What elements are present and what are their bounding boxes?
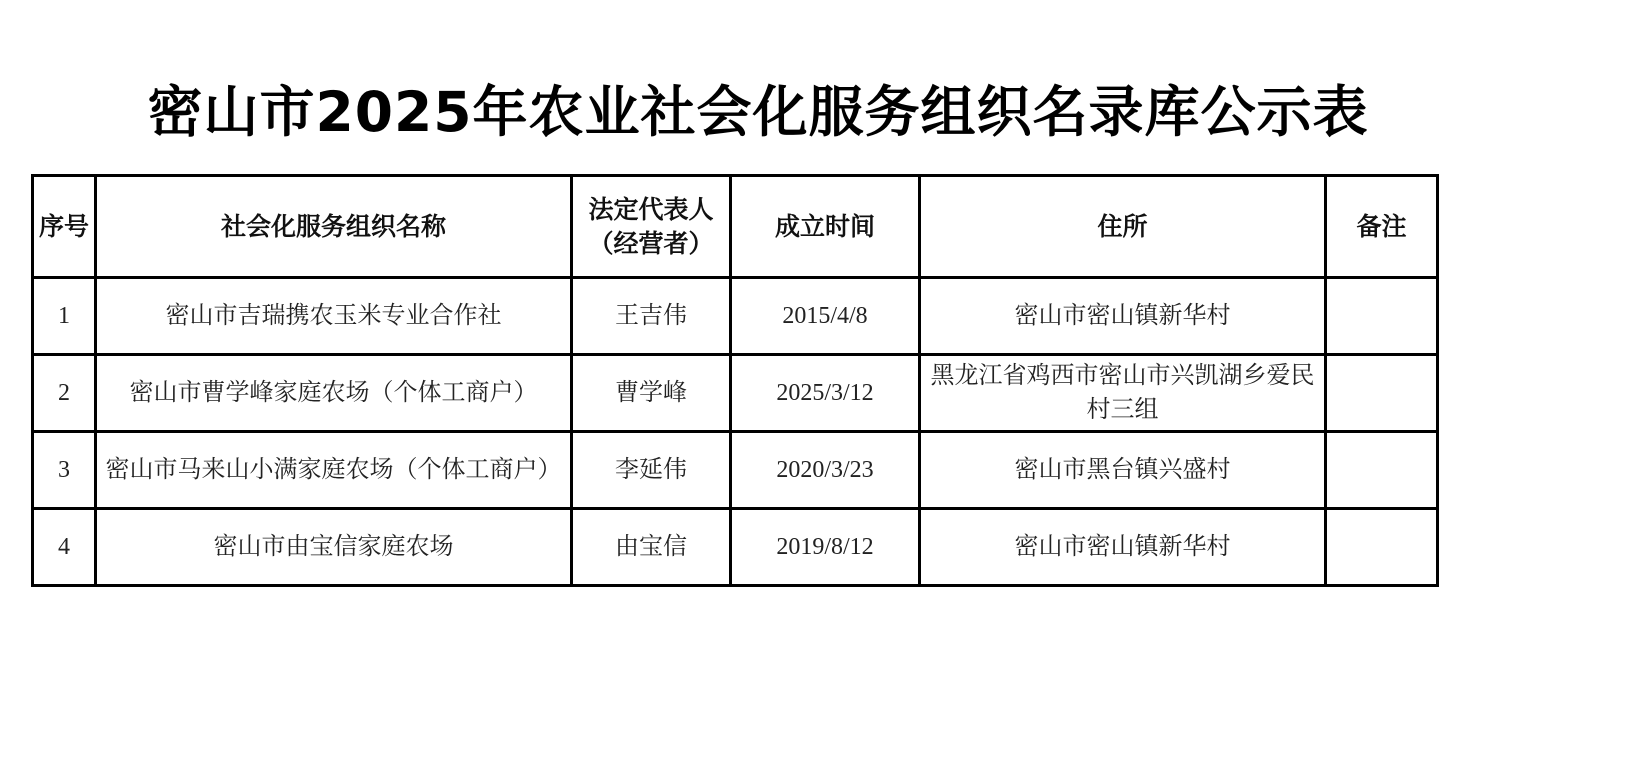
- cell-established-date: 2015/4/8: [731, 278, 920, 355]
- cell-legal-representative: 由宝信: [572, 509, 731, 586]
- cell-established-date: 2019/8/12: [731, 509, 920, 586]
- header-legal-representative-line1: 法定代表人: [577, 193, 725, 227]
- cell-serial-number: 4: [33, 509, 96, 586]
- header-remarks: 备注: [1326, 176, 1438, 278]
- cell-address: 密山市黑台镇兴盛村: [920, 432, 1326, 509]
- cell-serial-number: 3: [33, 432, 96, 509]
- header-legal-representative-line2: （经营者）: [577, 227, 725, 261]
- table-header-row: 序号 社会化服务组织名称 法定代表人 （经营者） 成立时间 住所 备注: [33, 176, 1438, 278]
- header-established-date: 成立时间: [731, 176, 920, 278]
- cell-legal-representative: 王吉伟: [572, 278, 731, 355]
- cell-remarks: [1326, 355, 1438, 432]
- cell-organization-name: 密山市由宝信家庭农场: [96, 509, 572, 586]
- cell-organization-name: 密山市马来山小满家庭农场（个体工商户）: [96, 432, 572, 509]
- page-title: 密山市2025年农业社会化服务组织名录库公示表: [0, 76, 1516, 148]
- cell-address: 密山市密山镇新华村: [920, 509, 1326, 586]
- cell-established-date: 2025/3/12: [731, 355, 920, 432]
- table-row: 3 密山市马来山小满家庭农场（个体工商户） 李延伟 2020/3/23 密山市黑…: [33, 432, 1438, 509]
- cell-organization-name: 密山市吉瑞携农玉米专业合作社: [96, 278, 572, 355]
- cell-organization-name: 密山市曹学峰家庭农场（个体工商户）: [96, 355, 572, 432]
- cell-legal-representative: 李延伟: [572, 432, 731, 509]
- table-row: 2 密山市曹学峰家庭农场（个体工商户） 曹学峰 2025/3/12 黑龙江省鸡西…: [33, 355, 1438, 432]
- cell-remarks: [1326, 278, 1438, 355]
- cell-address: 密山市密山镇新华村: [920, 278, 1326, 355]
- header-organization-name: 社会化服务组织名称: [96, 176, 572, 278]
- cell-established-date: 2020/3/23: [731, 432, 920, 509]
- cell-remarks: [1326, 432, 1438, 509]
- cell-legal-representative: 曹学峰: [572, 355, 731, 432]
- header-address: 住所: [920, 176, 1326, 278]
- table-row: 1 密山市吉瑞携农玉米专业合作社 王吉伟 2015/4/8 密山市密山镇新华村: [33, 278, 1438, 355]
- table-row: 4 密山市由宝信家庭农场 由宝信 2019/8/12 密山市密山镇新华村: [33, 509, 1438, 586]
- organization-roster-table: 序号 社会化服务组织名称 法定代表人 （经营者） 成立时间 住所 备注 1 密山…: [31, 174, 1439, 587]
- cell-serial-number: 2: [33, 355, 96, 432]
- cell-serial-number: 1: [33, 278, 96, 355]
- cell-address: 黑龙江省鸡西市密山市兴凯湖乡爱民村三组: [920, 355, 1326, 432]
- cell-remarks: [1326, 509, 1438, 586]
- header-serial-number: 序号: [33, 176, 96, 278]
- header-legal-representative: 法定代表人 （经营者）: [572, 176, 731, 278]
